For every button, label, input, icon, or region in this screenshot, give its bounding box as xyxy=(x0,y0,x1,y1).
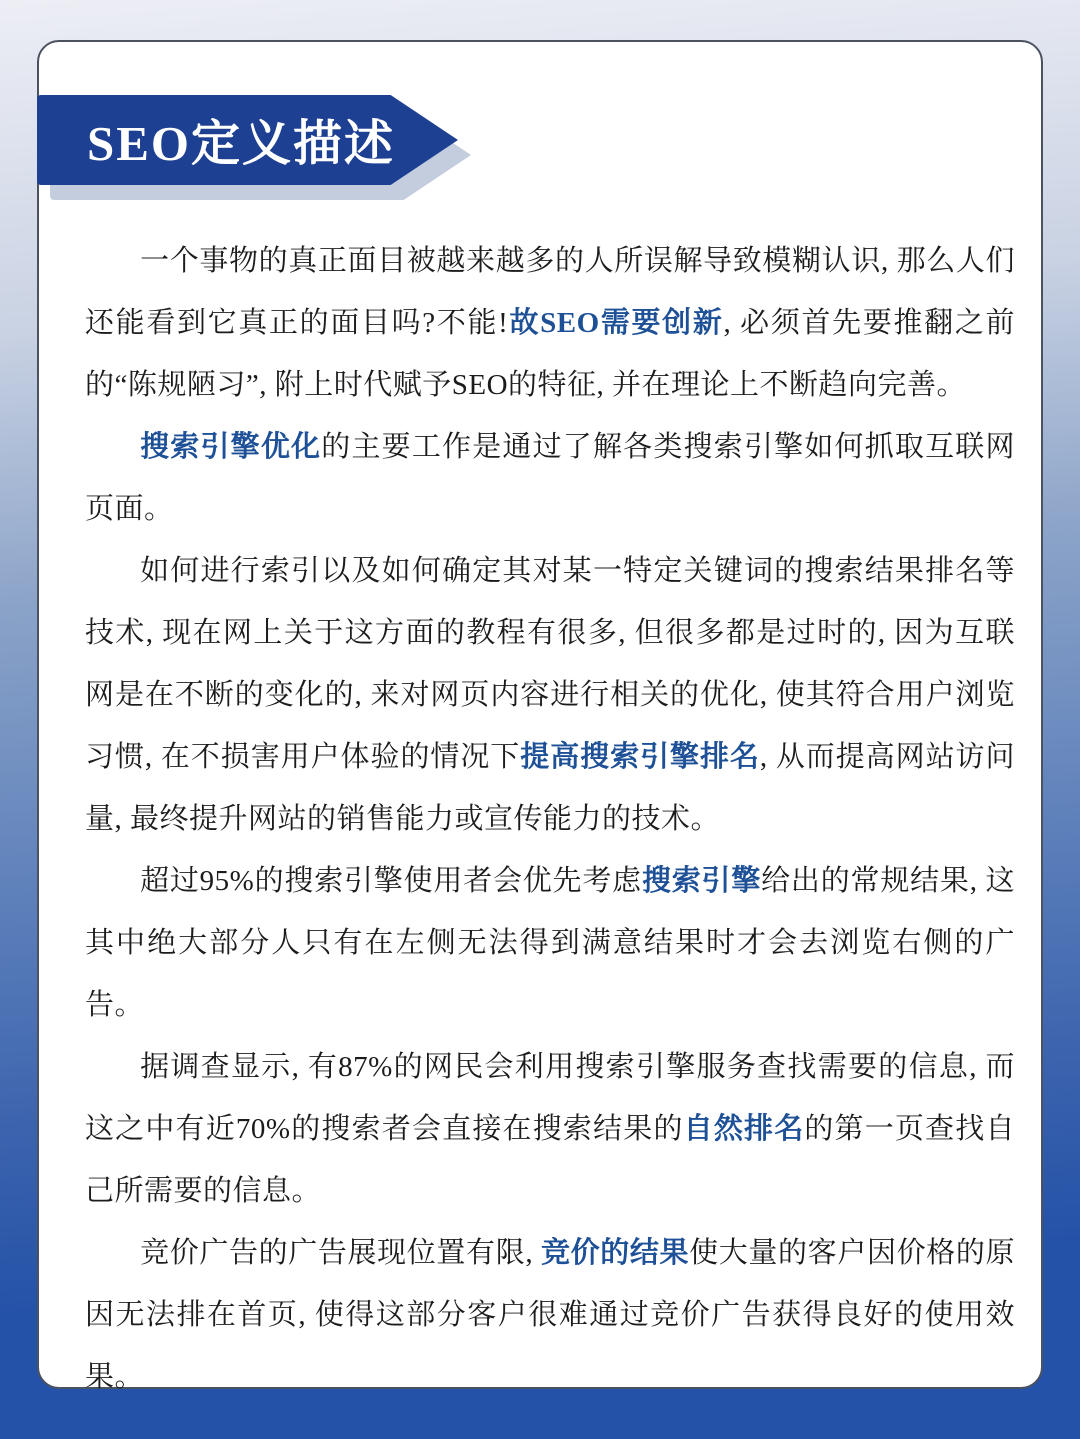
text-segment: 竞价广告的广告展现位置有限, xyxy=(140,1237,541,1269)
paragraph-5: 据调查显示, 有87%的网民会利用搜索引擎服务查找需要的信息, 而这之中有近70… xyxy=(85,1036,1015,1222)
title-banner: SEO定义描述 xyxy=(37,95,477,203)
highlight-text: 搜索引擎 xyxy=(642,865,761,897)
article-body: 一个事物的真正面目被越来越多的人所误解导致模糊认识, 那么人们还能看到它真正的面… xyxy=(85,230,1015,1408)
highlight-text: 竞价的结果 xyxy=(541,1237,689,1269)
highlight-text: 提高搜索引擎排名 xyxy=(520,741,760,773)
highlight-text: 自然排名 xyxy=(684,1113,805,1145)
page-background: SEO定义描述 一个事物的真正面目被越来越多的人所误解导致模糊认识, 那么人们还… xyxy=(0,0,1080,1439)
paragraph-2: 搜索引擎优化的主要工作是通过了解各类搜索引擎如何抓取互联网页面。 xyxy=(85,416,1015,540)
highlight-text: 故SEO需要创新 xyxy=(508,307,723,339)
text-segment: 超过95%的搜索引擎使用者会优先考虑 xyxy=(140,865,642,897)
paragraph-3: 如何进行索引以及如何确定其对某一特定关键词的搜索结果排名等技术, 现在网上关于这… xyxy=(85,540,1015,850)
highlight-text: 搜索引擎优化 xyxy=(140,431,321,463)
paragraph-4: 超过95%的搜索引擎使用者会优先考虑搜索引擎给出的常规结果, 这其中绝大部分人只… xyxy=(85,850,1015,1036)
paragraph-1: 一个事物的真正面目被越来越多的人所误解导致模糊认识, 那么人们还能看到它真正的面… xyxy=(85,230,1015,416)
banner-ribbon-arrow: SEO定义描述 xyxy=(37,95,458,185)
paragraph-6: 竞价广告的广告展现位置有限, 竞价的结果使大量的客户因价格的原因无法排在首页, … xyxy=(85,1222,1015,1408)
content-card: SEO定义描述 一个事物的真正面目被越来越多的人所误解导致模糊认识, 那么人们还… xyxy=(37,40,1043,1389)
page-title: SEO定义描述 xyxy=(37,105,395,175)
